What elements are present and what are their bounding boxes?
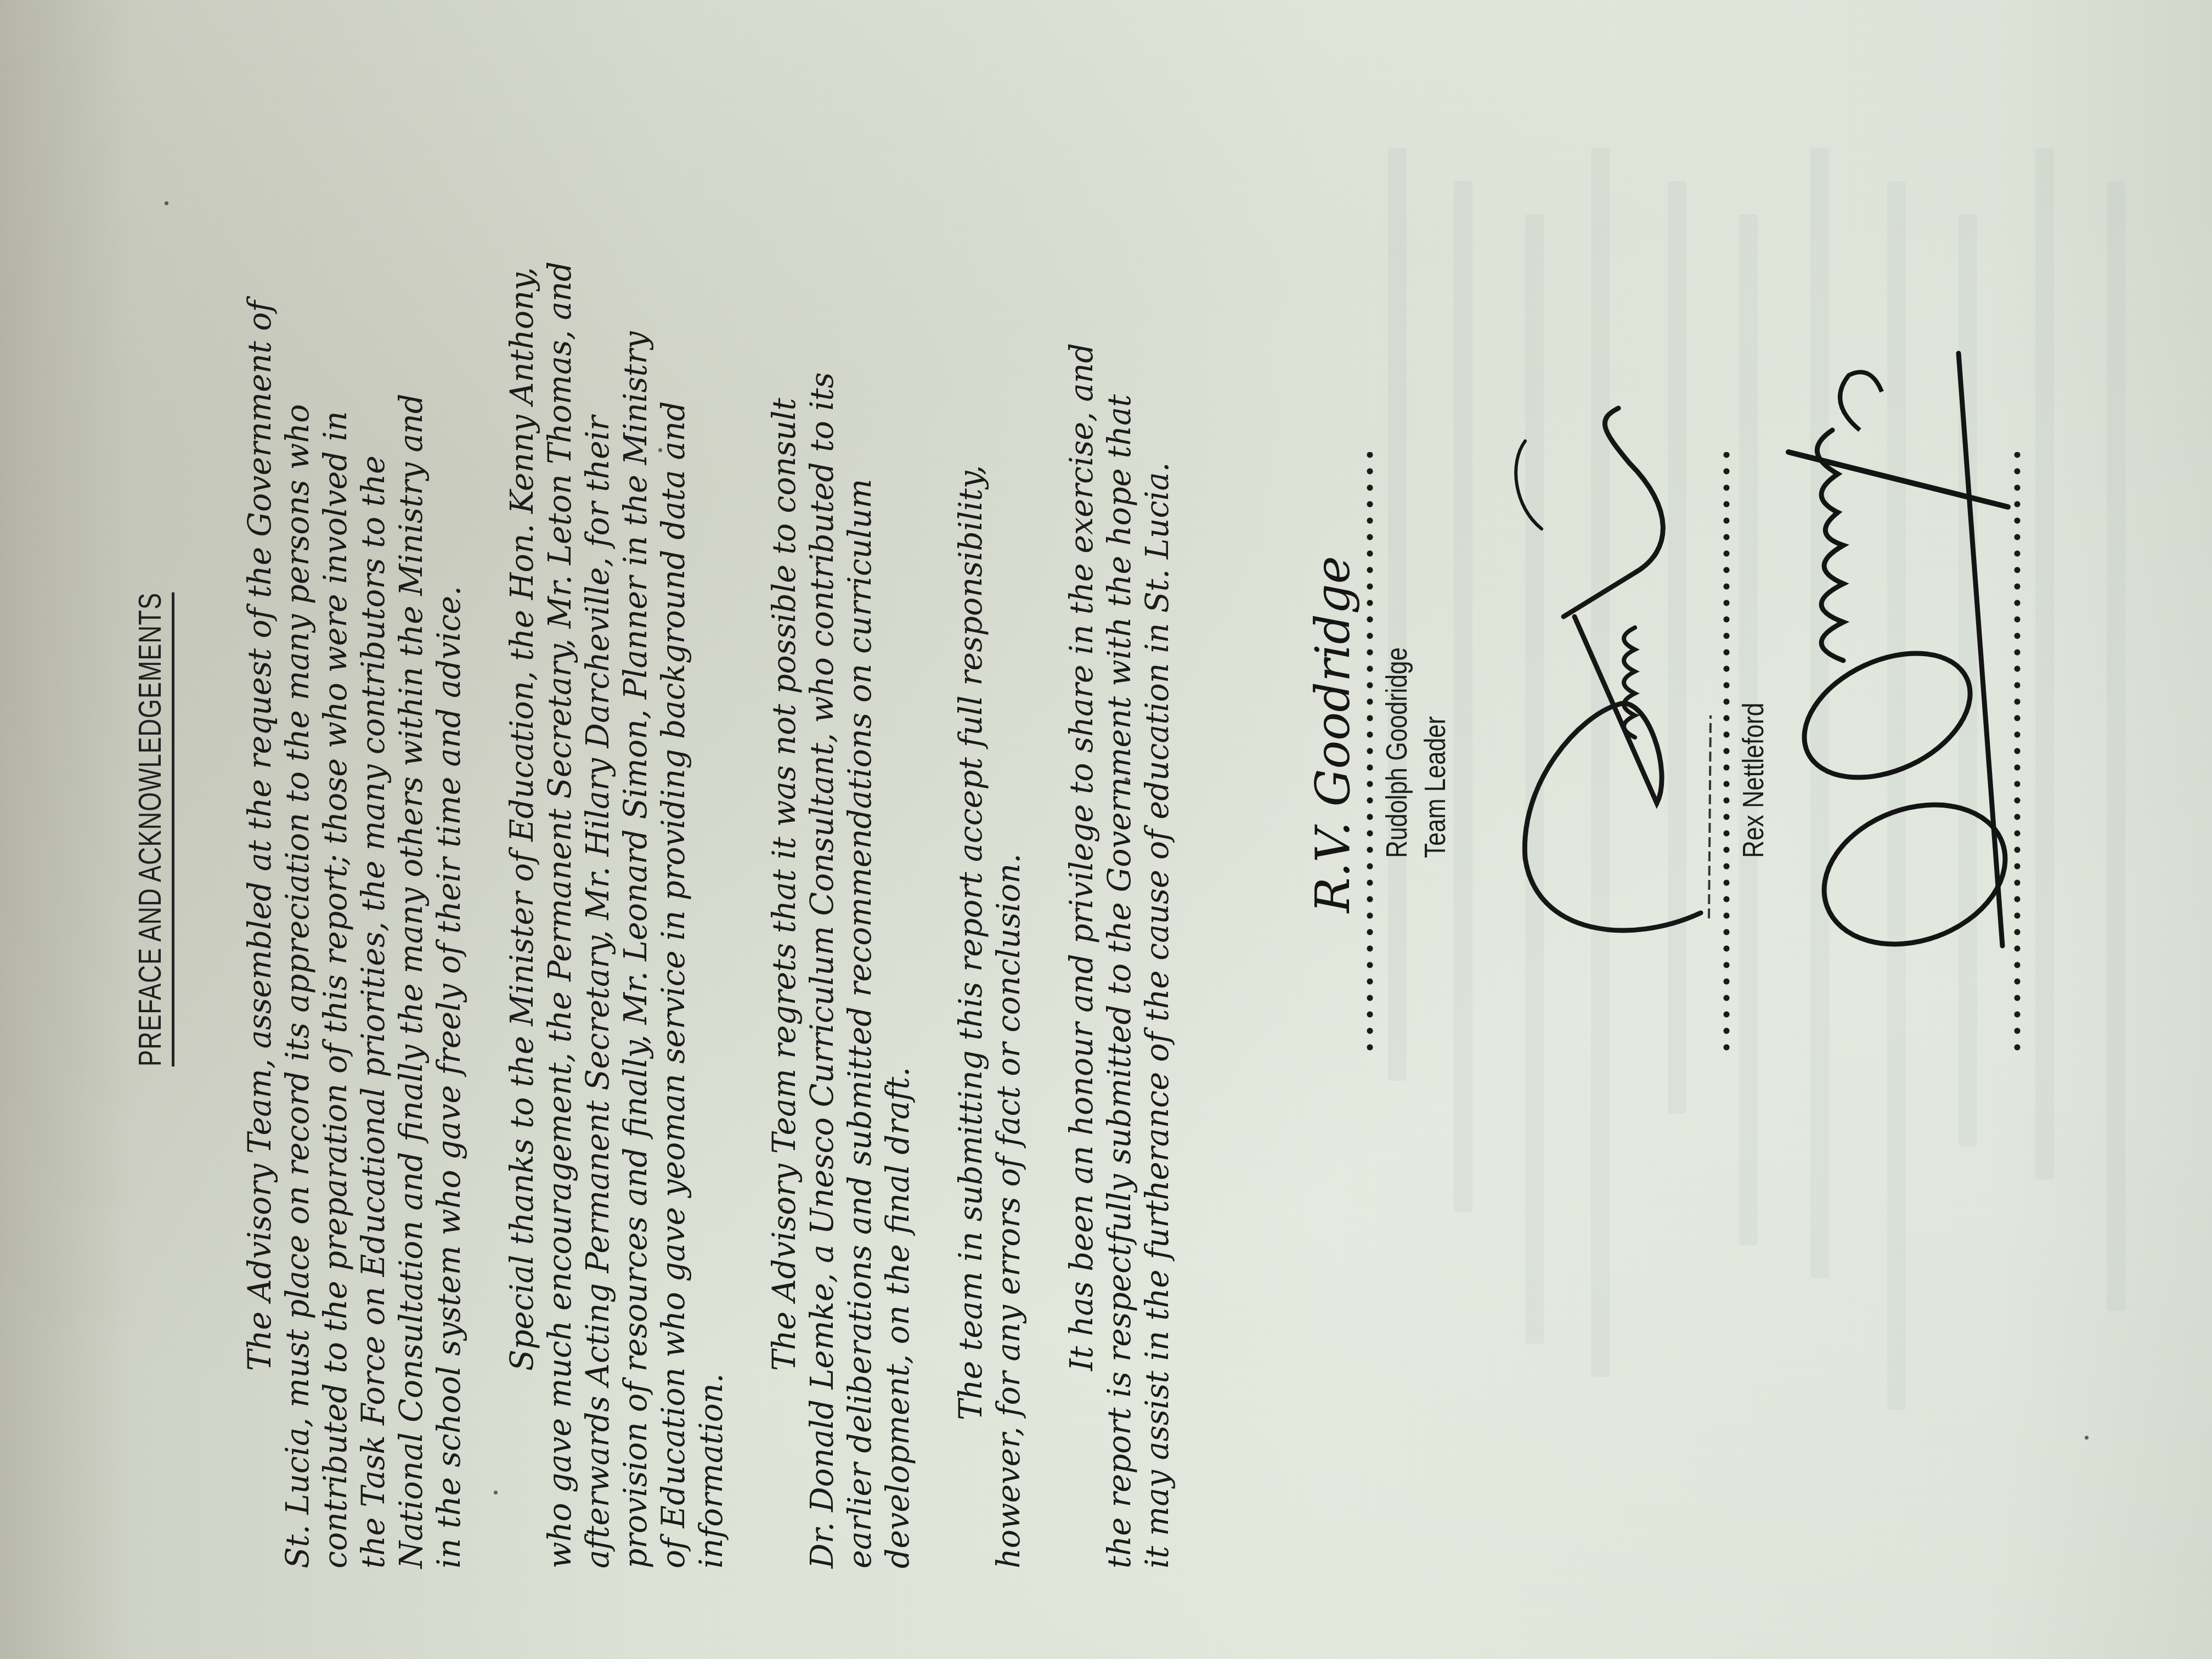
signatory-name: Rudolph Goodridge [1380,647,1414,858]
signatory-third [1778,178,2030,1056]
document-body: The Advisory Team, assembled at the requ… [241,43,1212,1568]
paragraph-line: in the school system who gave freely of … [431,43,469,1568]
paper-speck [779,1205,783,1209]
paragraph: Special thanks to the Minister of Educat… [504,43,731,1568]
paragraph-line: It has been an honour and privilege to s… [1063,43,1101,1568]
paragraph-line: The team in submitting this report accep… [952,43,990,1568]
paragraph-line: Dr. Donald Lemke, a Unesco Curriculum Co… [804,43,842,1568]
paragraph: It has been an honour and privilege to s… [1063,43,1177,1568]
handwritten-signature-icon: R.V. Goodridge [1306,556,1361,913]
paper-speck [165,201,168,205]
paragraph-line: of Education who gave yeoman service in … [655,43,693,1568]
paper-speck [1125,777,1128,781]
paragraph-line: contributed to the preparation of this r… [317,43,355,1568]
paragraph-line: St. Lucia, must place on record its appr… [279,43,317,1568]
paragraph-line: National Consultation and finally the ma… [393,43,431,1568]
paper-speck [658,448,662,452]
signature-section: R.V. Goodridge Rudolph Goodridge Team Le… [1295,178,2030,1056]
paragraph-line: Special thanks to the Minister of Educat… [504,43,541,1568]
paragraph-line: it may assist in the furtherance of the … [1139,43,1177,1568]
handwritten-signature-icon [1778,287,2013,1001]
paragraph-line: The Advisory Team, assembled at the requ… [241,43,279,1568]
paragraph-line: however, for any errors of fact or concl… [990,43,1028,1568]
paragraph-line: who gave much encouragement, the Permane… [541,43,579,1568]
signatory-nettleford: Rex Nettleford [1492,178,1778,1056]
signature-dotted-line [2013,452,2021,1056]
paragraph-line: information. [693,43,731,1568]
handwritten-signature-icon [1492,342,1723,1001]
signature-dotted-line [1366,452,1374,1056]
paragraph-line: the report is respectfully submitted to … [1101,43,1139,1568]
signatory-goodridge: R.V. Goodridge Rudolph Goodridge Team Le… [1295,178,1492,1056]
signature-dotted-line [1723,452,1730,1056]
paragraph-line: provision of resources and finally, Mr. … [617,43,655,1568]
paragraph-line: development, on the final draft. [879,43,917,1568]
signatory-title: Team Leader [1418,716,1452,858]
paragraph: The team in submitting this report accep… [952,43,1028,1568]
paragraph-line: The Advisory Team regrets that it was no… [766,43,804,1568]
paragraph: The Advisory Team regrets that it was no… [766,43,917,1568]
paragraph-line: the Task Force on Educational priorities… [355,43,393,1568]
paper-speck [494,1491,498,1494]
paper-speck [2085,1436,2089,1440]
paragraph: The Advisory Team, assembled at the requ… [241,43,469,1568]
paragraph-line: earlier deliberations and submitted reco… [842,43,879,1568]
paragraph-line: afterwards Acting Permanent Secretary, M… [579,43,617,1568]
document-page: PREFACE AND ACKNOWLEDGEMENTS The Advisor… [0,0,2212,1659]
page-title: PREFACE AND ACKNOWLEDGEMENTS [132,592,174,1066]
signatory-name: Rex Nettleford [1736,703,1770,858]
